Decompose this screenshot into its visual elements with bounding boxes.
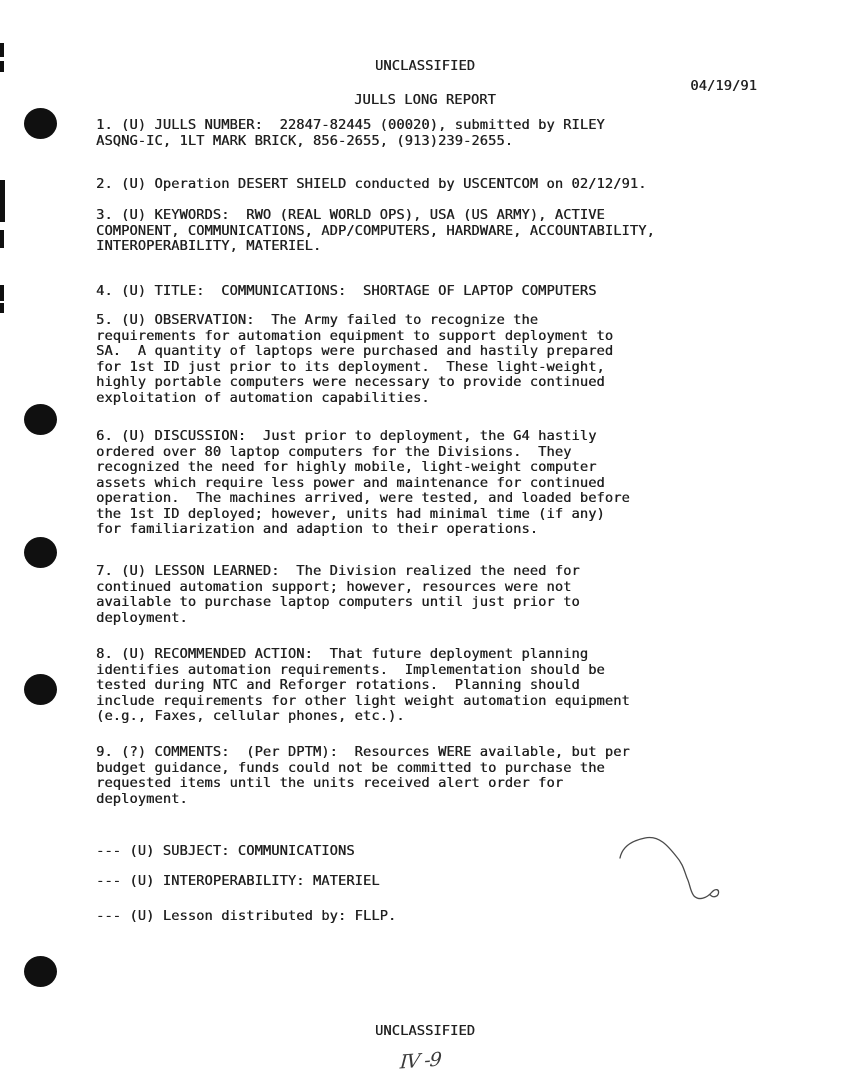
hole-punch-mark (24, 956, 57, 987)
paragraph-comments: 9. (?) COMMENTS: (Per DPTM): Resources W… (96, 745, 630, 807)
paragraph-observation: 5. (U) OBSERVATION: The Army failed to r… (96, 313, 613, 406)
paragraph-julls-number: 1. (U) JULLS NUMBER: 22847-82445 (00020)… (96, 118, 605, 149)
subject-line: --- (U) SUBJECT: COMMUNICATIONS (96, 844, 355, 860)
pen-squiggle-mark (610, 830, 725, 905)
paragraph-discussion: 6. (U) DISCUSSION: Just prior to deploym… (96, 429, 630, 538)
scanned-document-page: UNCLASSIFIED 04/19/91 JULLS LONG REPORT … (0, 0, 850, 1091)
scan-edge-artifact (0, 285, 4, 301)
hole-punch-mark (24, 674, 57, 705)
handwritten-page-number: IV -9 (399, 1048, 441, 1073)
scan-edge-artifact (0, 180, 5, 222)
subject-line: --- (U) Lesson distributed by: FLLP. (96, 909, 396, 925)
classification-footer: UNCLASSIFIED (0, 1024, 850, 1040)
paragraph-recommended-action: 8. (U) RECOMMENDED ACTION: That future d… (96, 647, 630, 725)
report-title: JULLS LONG REPORT (0, 93, 850, 109)
classification-banner: UNCLASSIFIED (0, 59, 850, 75)
hole-punch-mark (24, 404, 57, 435)
scan-edge-artifact (0, 43, 4, 57)
hole-punch-mark (24, 108, 57, 139)
subject-line: --- (U) INTEROPERABILITY: MATERIEL (96, 874, 380, 890)
scan-edge-artifact (0, 230, 4, 248)
paragraph-operation: 2. (U) Operation DESERT SHIELD conducted… (96, 177, 646, 193)
hole-punch-mark (24, 537, 57, 568)
paragraph-title: 4. (U) TITLE: COMMUNICATIONS: SHORTAGE O… (96, 284, 596, 300)
paragraph-lesson-learned: 7. (U) LESSON LEARNED: The Division real… (96, 564, 580, 626)
scan-edge-artifact (0, 303, 4, 313)
paragraph-keywords: 3. (U) KEYWORDS: RWO (REAL WORLD OPS), U… (96, 208, 655, 255)
